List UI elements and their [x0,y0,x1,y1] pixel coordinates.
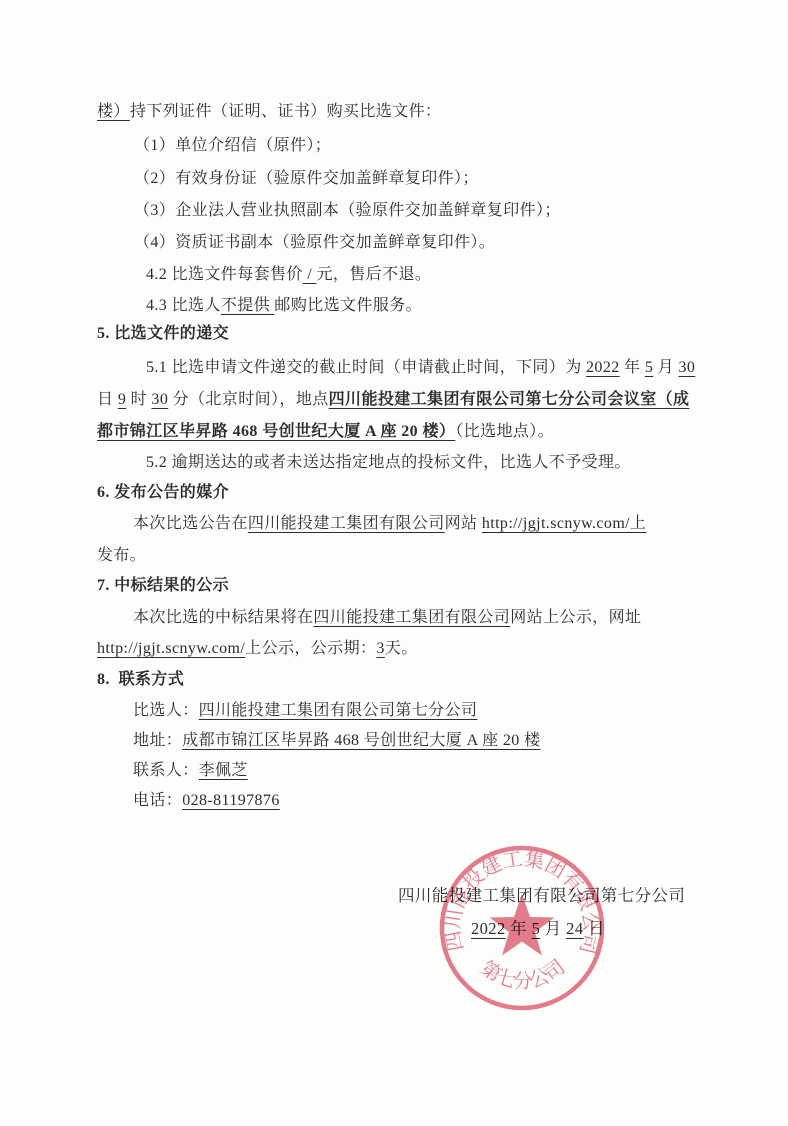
deadline-hour-value: 9 [118,391,126,408]
company-seal-stamp: 四川能投建工集团有限公司 第七分公司 [429,835,615,1021]
field-label: 比选人： [133,702,199,719]
field-label: 电话： [133,792,182,809]
text-segment: （4）资质证书副本（验原件交加盖鲜章复印件）。 [134,234,495,251]
text-segment: 年 [620,359,645,376]
line-contact-phone: 电话：028-81197876 [133,789,280,813]
text-segment: 月 [653,359,678,376]
text-segment: 天。 [385,640,418,657]
document-page: 楼）持下列证件（证明、证书）购买比选文件： （1）单位介绍信（原件）； （2）有… [0,0,788,1126]
text-segment: 4.2 比选文件每套售价 [146,266,303,283]
website-url-value: http://jgjt.scnyw.com/ [97,640,245,657]
text-segment: 5.2 逾期送达的或者未送达指定地点的投标文件，比选人不予受理。 [146,454,631,471]
star-icon [490,894,555,956]
website-url-value: http://jgjt.scnyw.com/上 [482,515,647,532]
line-contact-entity: 比选人：四川能投建工集团有限公司第七分公司 [133,699,477,723]
line-4-3-no-mail-order: 4.3 比选人不提供 邮购比选文件服务。 [146,294,422,318]
address-value: 成都市锦江区毕昇路 468 号创世纪大厦 A 座 20 楼 [182,732,540,749]
heading-text: 7. 中标结果的公示 [97,577,229,594]
heading-6-announcement-media: 6. 发布公告的媒介 [97,481,229,505]
deadline-minute-value: 30 [151,391,168,408]
venue-name-value: 四川能投建工集团有限公司第七分公司会议室（成 [329,391,690,408]
heading-7-result-publicity: 7. 中标结果的公示 [97,574,229,598]
line-5-1-deadline-part2: 日 9 时 30 分（北京时间），地点四川能投建工集团有限公司第七分公司会议室（… [97,388,689,412]
heading-text: 8. 联系方式 [97,671,184,688]
text-segment: 本次比选公告在 [133,515,248,532]
text-segment: 网站上公示，网址 [510,609,641,626]
venue-address-value: 都市锦江区毕昇路 468 号创世纪大厦 A 座 20 楼） [97,423,455,440]
publicity-period-value: 3 [376,640,384,657]
line-item-3-business-license: （3）企业法人营业执照副本（验原件交加盖鲜章复印件）； [134,199,561,223]
line-7-result-part2: http://jgjt.scnyw.com/上公示，公示期：3天。 [97,637,418,661]
line-contact-person: 联系人：李佩芝 [133,759,248,783]
text-segment: 5.1 比选申请文件递交的截止时间（申请截止时间，下同）为 [146,359,586,376]
field-label: 联系人： [133,762,199,779]
publisher-name-value: 四川能投建工集团有限公司 [248,515,445,532]
line-item-2-id-card: （2）有效身份证（验原件交加盖鲜章复印件）； [134,167,479,191]
text-segment: 分（北京时间），地点 [168,391,328,408]
deadline-day-value: 30 [678,359,695,376]
heading-5-document-submission: 5. 比选文件的递交 [97,322,229,346]
text-segment: 本次比选的中标结果将在 [133,609,313,626]
heading-8-contact-info: 8. 联系方式 [97,668,184,692]
entity-name-value: 四川能投建工集团有限公司第七分公司 [199,702,478,719]
line-item-4-qualification-certificate: （4）资质证书副本（验原件交加盖鲜章复印件）。 [134,231,495,255]
seal-bottom-text: 第七分公司 [476,956,568,993]
field-label: 地址： [133,732,182,749]
text-segment: （1）单位介绍信（原件）； [134,137,331,154]
text-segment: 上公示，公示期： [245,640,376,657]
line-6-announcement-part1: 本次比选公告在四川能投建工集团有限公司网站 http://jgjt.scnyw.… [133,512,646,536]
text-segment: 网站 [445,515,482,532]
text-segment: 日 [97,391,118,408]
mail-order-blank-value: 不提供 [221,297,275,314]
contact-person-value: 李佩芝 [199,762,248,779]
line-purchase-certificates-intro: 楼）持下列证件（证明、证书）购买比选文件： [97,100,441,124]
heading-text: 6. 发布公告的媒介 [97,484,229,501]
heading-text: 5. 比选文件的递交 [97,325,229,342]
text-segment: （比选地点）。 [455,423,554,440]
line-item-1-introduction-letter: （1）单位介绍信（原件）； [134,134,331,158]
text-segment: 元，售后不退。 [316,266,431,283]
line-4-2-document-price: 4.2 比选文件每套售价 / 元，售后不退。 [146,263,431,287]
text-segment: 邮购比选文件服务。 [274,297,422,314]
line-7-result-part1: 本次比选的中标结果将在四川能投建工集团有限公司网站上公示，网址 [133,606,641,630]
text-segment: 发布。 [97,547,146,564]
phone-number-value: 028-81197876 [182,792,280,809]
deadline-month-value: 5 [645,359,653,376]
text-segment: （2）有效身份证（验原件交加盖鲜章复印件）； [134,170,479,187]
line-5-1-deadline-part1: 5.1 比选申请文件递交的截止时间（申请截止时间，下同）为 2022 年 5 月… [146,356,695,380]
text-segment: 持下列证件（证明、证书）购买比选文件： [130,103,442,120]
line-6-announcement-part2: 发布。 [97,544,146,568]
text-segment: 时 [126,391,151,408]
line-contact-address: 地址：成都市锦江区毕昇路 468 号创世纪大厦 A 座 20 楼 [133,729,540,753]
publisher-name-value: 四川能投建工集团有限公司 [313,609,510,626]
line-5-1-deadline-part3: 都市锦江区毕昇路 468 号创世纪大厦 A 座 20 楼）（比选地点）。 [97,420,554,444]
line-5-2-late-delivery: 5.2 逾期送达的或者未送达指定地点的投标文件，比选人不予受理。 [146,451,631,475]
text-segment: 楼） [97,103,130,120]
deadline-year-value: 2022 [586,359,620,376]
price-blank-value: / [303,266,317,283]
text-segment: 4.3 比选人 [146,297,221,314]
text-segment: （3）企业法人营业执照副本（验原件交加盖鲜章复印件）； [134,202,561,219]
